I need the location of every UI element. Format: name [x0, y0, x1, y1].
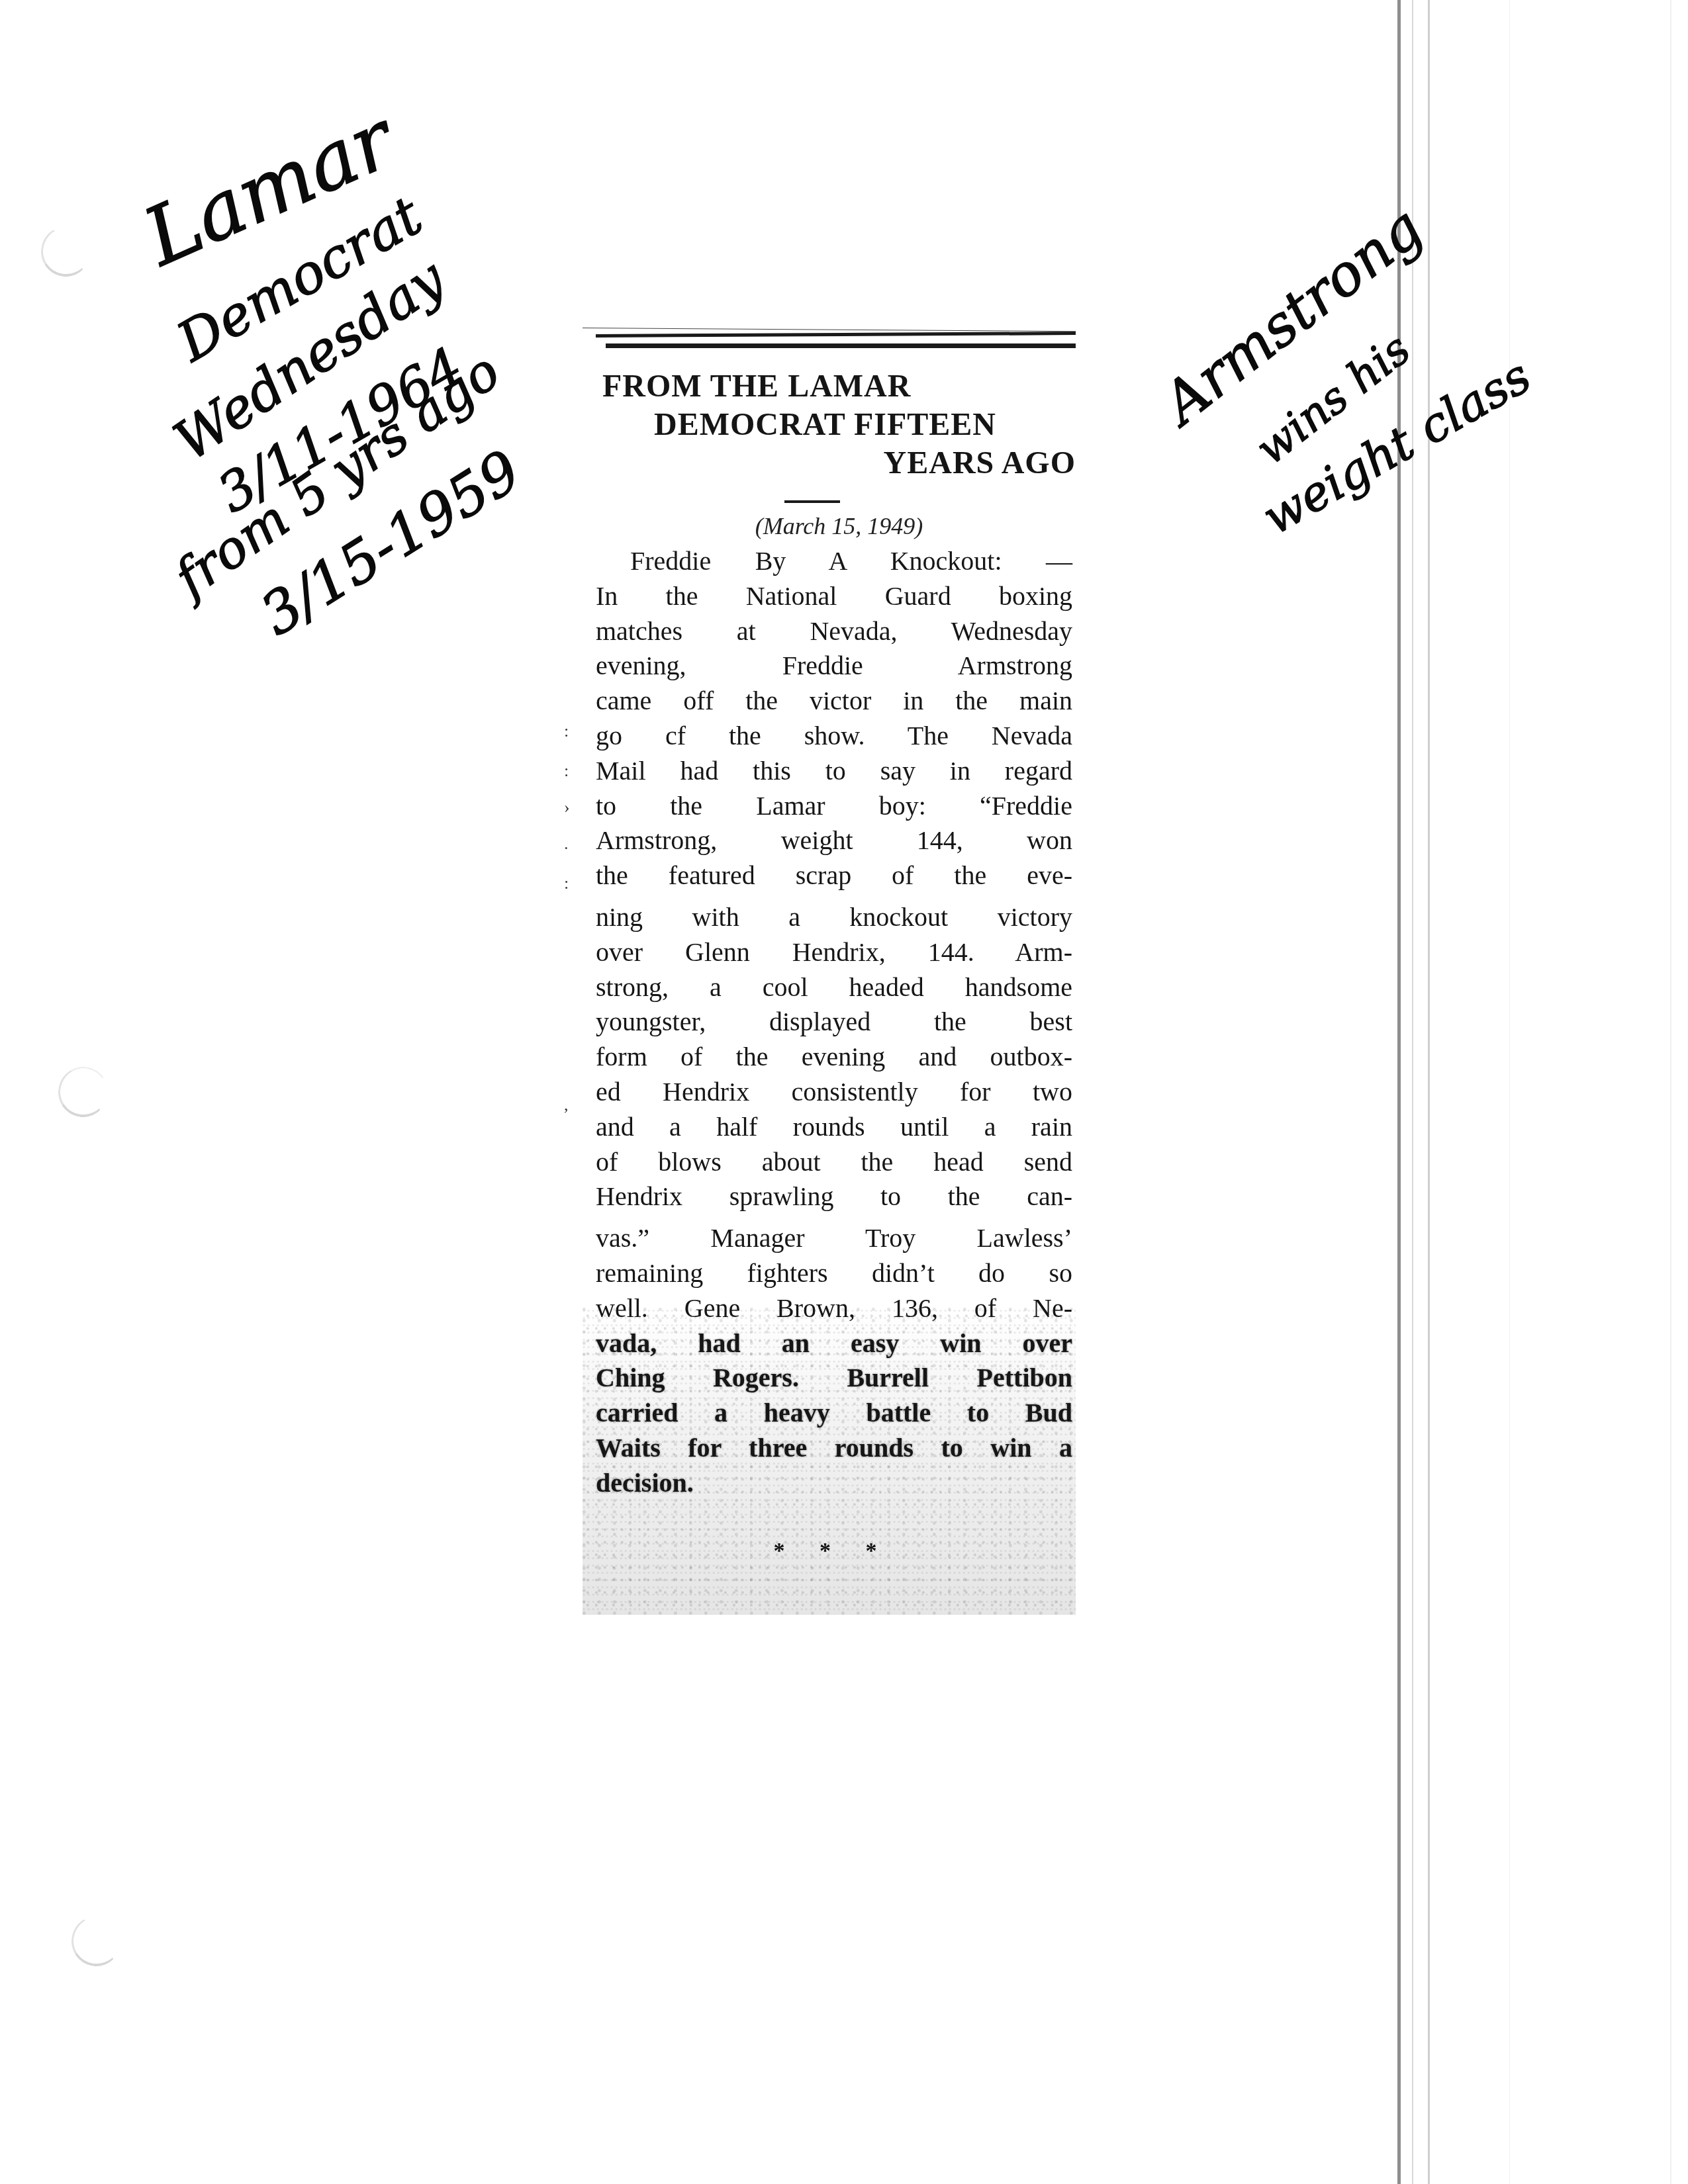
body-line: In the National Guard boxing [596, 579, 1072, 614]
clipping-body: Freddie By A Knockout: —In the National … [596, 544, 1072, 1501]
scan-edge-line [1670, 0, 1671, 2184]
section-separator: * * * [583, 1539, 1076, 1564]
body-line: of blows about the head send [596, 1145, 1072, 1180]
clipping-top-rule [583, 328, 1076, 332]
body-line: strong, a cool headed handsome [596, 970, 1072, 1005]
edge-mark: › [564, 797, 570, 817]
body-line: youngster, displayed the best [596, 1005, 1072, 1040]
edge-mark: : [564, 761, 569, 781]
body-line: carried a heavy battle to Bud [596, 1396, 1072, 1431]
edge-mark: : [564, 874, 569, 893]
clipping-dateline: (March 15, 1949) [583, 510, 1076, 543]
scan-edge-line [1412, 0, 1413, 2184]
hole-punch-mark [37, 222, 95, 281]
body-line: came off the victor in the main [596, 684, 1072, 719]
body-line: Armstrong, weight 144, won [596, 823, 1072, 858]
edge-mark: , [564, 1095, 569, 1115]
body-line: ed Hendrix consistently for two [596, 1075, 1072, 1110]
hole-punch-mark [68, 1912, 125, 1970]
body-line: go cf the show. The Nevada [596, 719, 1072, 754]
body-line: Ching Rogers. Burrell Pettibon [596, 1361, 1072, 1396]
hole-punch-mark [54, 1063, 112, 1121]
body-line: and a half rounds until a rain [596, 1110, 1072, 1145]
headline-line: FROM THE LAMAR [602, 367, 1076, 406]
body-line: Freddie By A Knockout: — [596, 544, 1072, 579]
body-line: decision. [596, 1466, 1072, 1501]
body-line: over Glenn Hendrix, 144. Arm- [596, 935, 1072, 970]
body-line: vada, had an easy win over [596, 1326, 1072, 1361]
body-line: evening, Freddie Armstrong [596, 649, 1072, 684]
body-line: matches at Nevada, Wednesday [596, 614, 1072, 649]
body-line: the featured scrap of the eve- [596, 858, 1072, 893]
headline-divider [784, 500, 840, 503]
body-line: vas.” Manager Troy Lawless’ [596, 1221, 1072, 1256]
edge-mark: : [564, 721, 569, 741]
body-line: Waits for three rounds to win a [596, 1431, 1072, 1466]
body-line: ning with a knockout victory [596, 900, 1072, 935]
scan-edge-line [1397, 0, 1401, 2184]
clipping-top-rule [606, 343, 1076, 348]
newspaper-clipping: FROM THE LAMAR DEMOCRAT FIFTEEN YEARS AG… [583, 328, 1076, 1615]
body-line: form of the evening and outbox- [596, 1040, 1072, 1075]
edge-mark: . [564, 834, 569, 854]
headline-line: DEMOCRAT FIFTEEN [602, 406, 1076, 444]
scan-edge-line [1509, 0, 1510, 2184]
body-line: remaining fighters didn’t do so [596, 1256, 1072, 1291]
clipping-top-rule [596, 332, 1076, 338]
headline-line: YEARS AGO [602, 444, 1076, 482]
scan-edge-line [1428, 0, 1430, 2184]
body-line: Hendrix sprawling to the can- [596, 1179, 1072, 1214]
body-line: Mail had this to say in regard [596, 754, 1072, 789]
body-line: to the Lamar boy: “Freddie [596, 789, 1072, 824]
clipping-headline: FROM THE LAMAR DEMOCRAT FIFTEEN YEARS AG… [602, 367, 1076, 482]
body-line: well. Gene Brown, 136, of Ne- [596, 1291, 1072, 1326]
